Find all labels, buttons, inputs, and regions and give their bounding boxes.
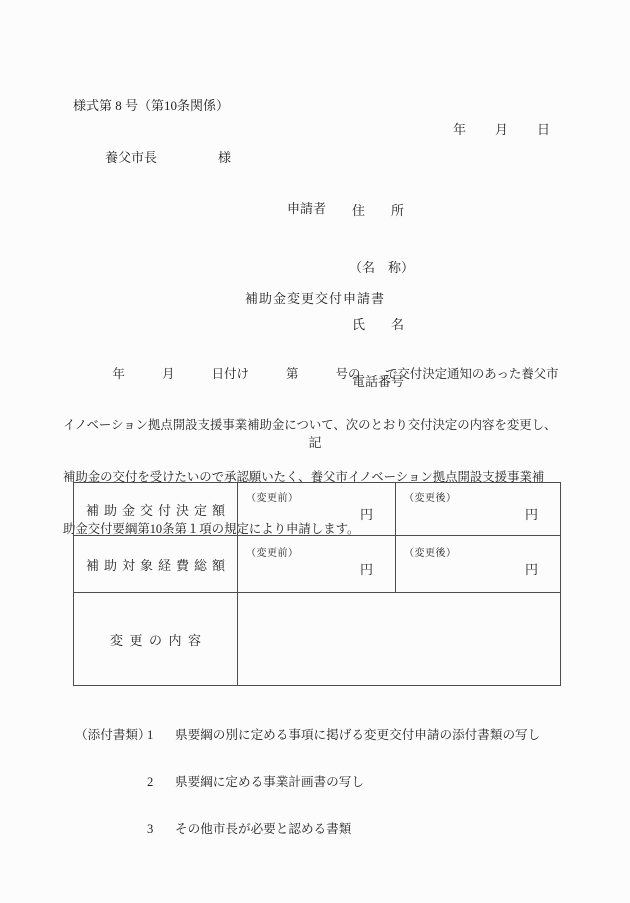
attachment-item: 3 その他市長が必要と認める書類: [75, 821, 540, 838]
before-change-caption: （変更前）: [246, 489, 389, 504]
yen-unit: 円: [525, 504, 554, 523]
attachment-item: 2 県要綱に定める事業計画書の写し: [75, 774, 540, 791]
grant-decision-before-cell: （変更前） 円: [238, 483, 396, 536]
expense-total-label: 補助対象経費総額: [74, 536, 238, 593]
attachment-item-text: 県要綱に定める事業計画書の写し: [175, 774, 364, 791]
form-number-label: 様式第 8 号（第10条関係）: [73, 95, 229, 114]
change-details-label: 変更の内容: [74, 593, 238, 686]
document-title: 補助金変更交付申請書: [0, 288, 630, 307]
yen-unit: 円: [360, 504, 389, 523]
before-change-caption: （変更前）: [246, 544, 389, 559]
attachment-item-text: その他市長が必要と認める書類: [175, 821, 351, 838]
after-change-caption: （変更後）: [404, 489, 554, 504]
memo-mark: 記: [0, 432, 630, 451]
yen-unit: 円: [360, 559, 389, 578]
org-name-field-label: （名 称）: [349, 255, 414, 280]
change-details-cell: [238, 593, 561, 686]
attachment-item-number: 1: [147, 727, 175, 744]
applicant-label: 申請者: [287, 198, 326, 217]
attachment-item-number: 3: [147, 821, 175, 838]
grant-change-table: 補助金交付決定額 （変更前） 円 （変更後） 円 補助対象経費総額 （変更前） …: [73, 482, 561, 686]
addressee-honorific: 様: [218, 147, 231, 166]
attachment-item-text: 県要綱の別に定める事項に掲げる変更交付申請の添付書類の写し: [175, 727, 540, 744]
addressee-name: 養父市長: [105, 147, 157, 166]
expense-total-after-cell: （変更後） 円: [396, 536, 561, 593]
attachments-label: （添付書類）: [75, 727, 147, 744]
grant-decision-row: 補助金交付決定額 （変更前） 円 （変更後） 円: [74, 483, 561, 536]
address-field-label: 住 所: [352, 198, 414, 223]
change-details-row: 変更の内容: [74, 593, 561, 686]
attachment-item-number: 2: [147, 774, 175, 791]
application-form-page: 様式第 8 号（第10条関係） 年 月 日 養父市長 様 申請者 住 所 （名 …: [0, 0, 630, 903]
attachment-item: （添付書類） 1 県要綱の別に定める事項に掲げる変更交付申請の添付書類の写し: [75, 727, 540, 744]
expense-total-before-cell: （変更前） 円: [238, 536, 396, 593]
yen-unit: 円: [525, 559, 554, 578]
expense-total-row: 補助対象経費総額 （変更前） 円 （変更後） 円: [74, 536, 561, 593]
after-change-caption: （変更後）: [404, 544, 554, 559]
grant-decision-label: 補助金交付決定額: [74, 483, 238, 536]
attachments-section: （添付書類） 1 県要綱の別に定める事項に掲げる変更交付申請の添付書類の写し 2…: [75, 697, 540, 869]
grant-decision-after-cell: （変更後） 円: [396, 483, 561, 536]
date-line: 年 月 日: [453, 119, 551, 138]
body-line: 年 月 日付け 第 号の で交付決定通知のあった養父市: [63, 366, 565, 383]
